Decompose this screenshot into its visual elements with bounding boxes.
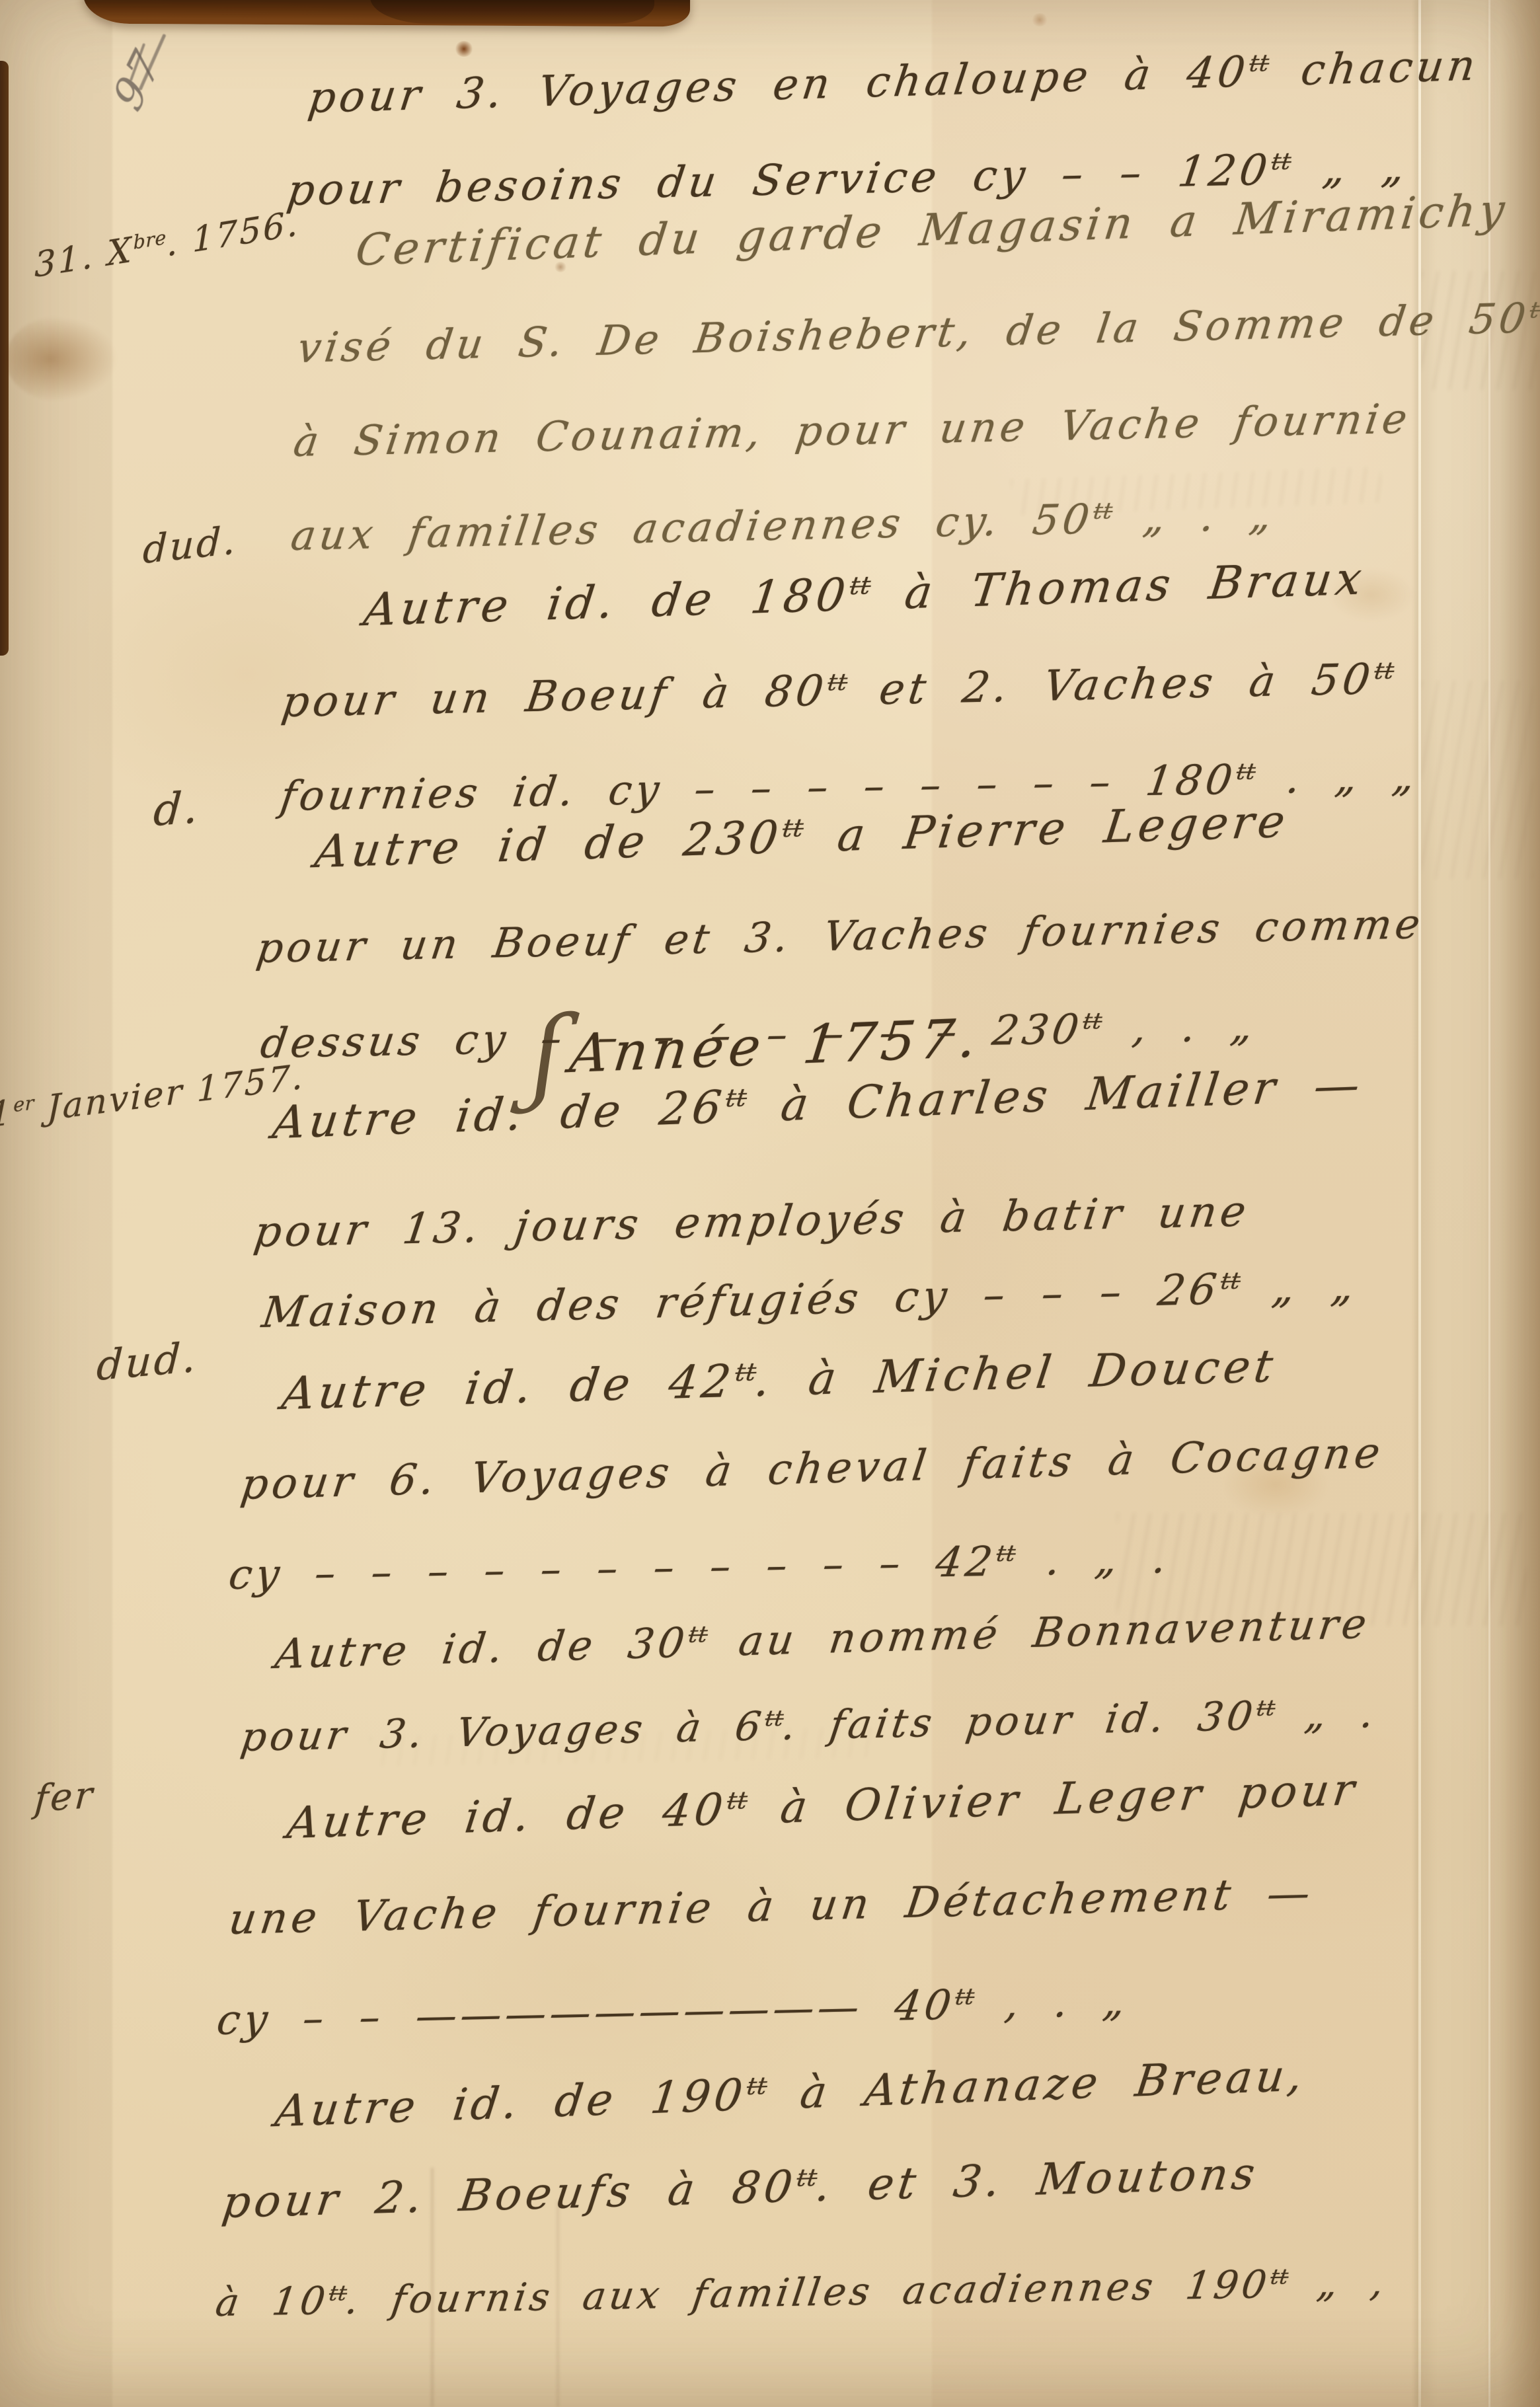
wood-table-edge <box>0 61 9 656</box>
page-edge-crease <box>1418 0 1421 2407</box>
margin-date-note: dud. <box>95 1332 199 1390</box>
page-edge-shadow <box>1492 0 1540 2407</box>
page-edge-crease <box>1488 0 1490 2407</box>
margin-date-note: fer <box>33 1773 96 1821</box>
wood-table-edge <box>370 0 654 24</box>
margin-date-note: d. <box>152 782 202 837</box>
manuscript-photo: 97 ʃ Année 1757. 31. Xbre. 1756.dud.d.1e… <box>0 0 1540 2407</box>
